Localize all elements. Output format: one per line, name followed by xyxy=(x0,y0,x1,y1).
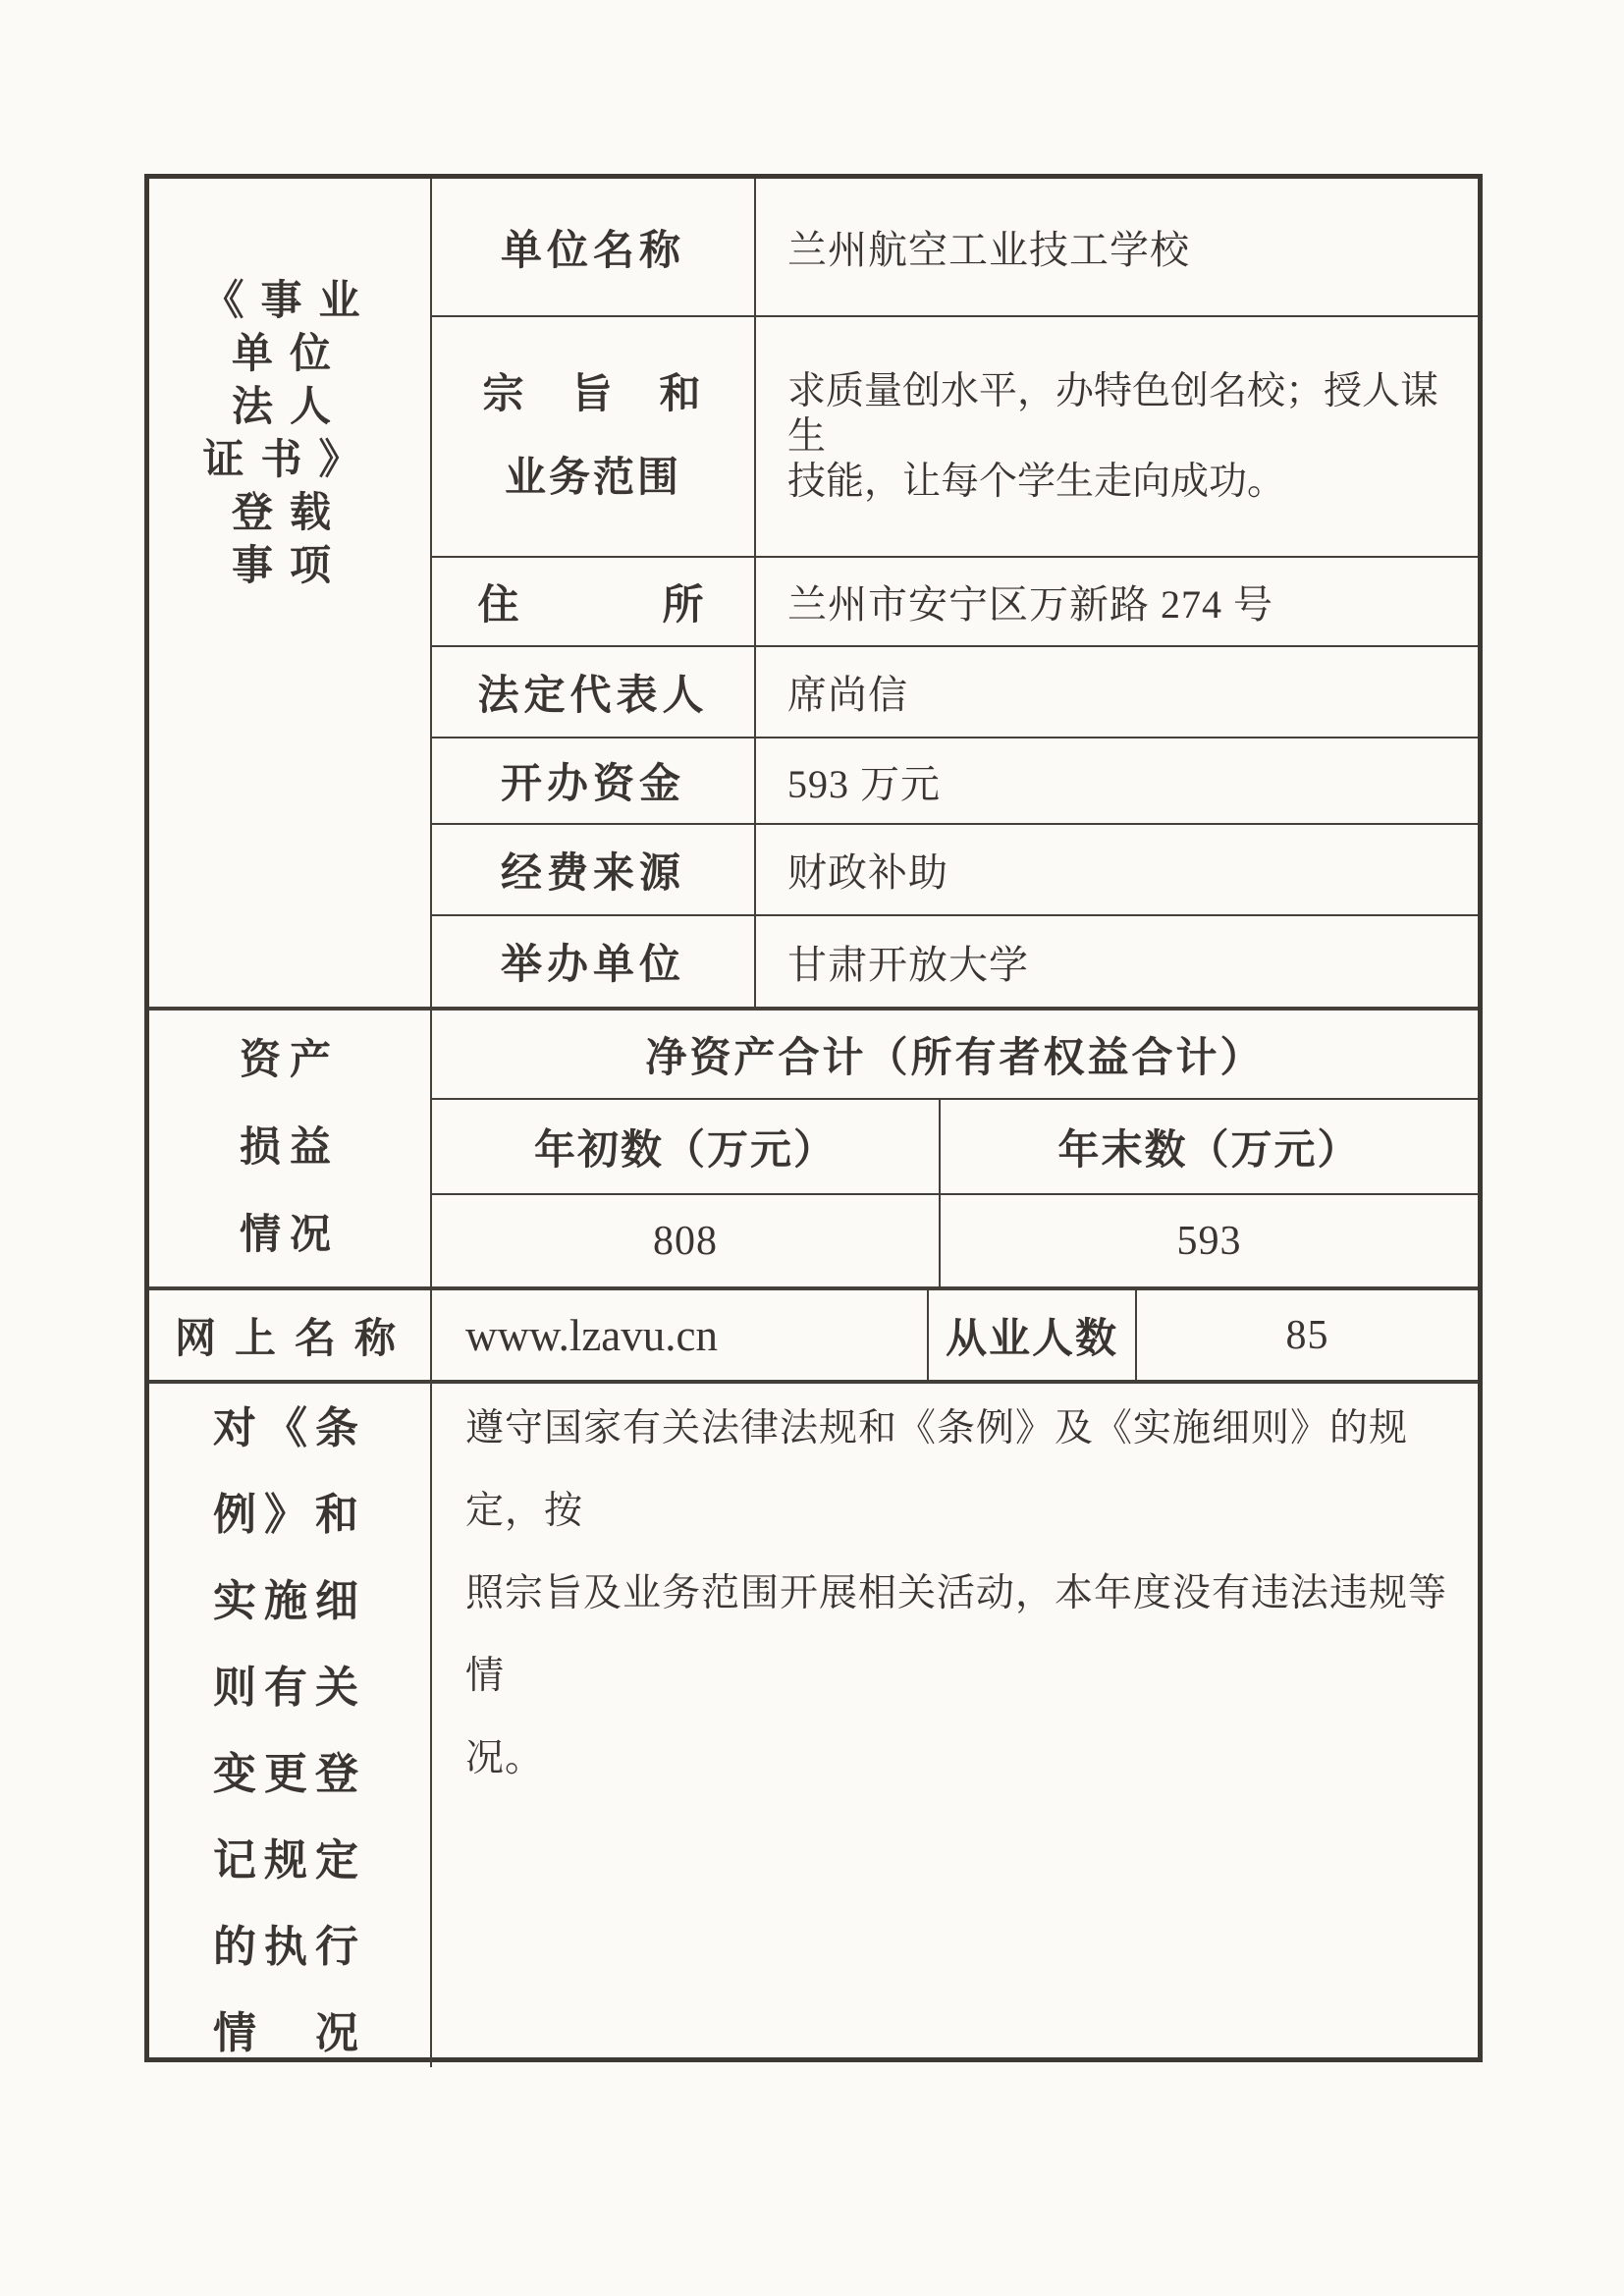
field-value-purpose-scope: 求质量创水平，办特色创名校；授人谋生 技能，让每个学生走向成功。 xyxy=(756,317,1478,558)
year-start-header: 年初数（万元） xyxy=(432,1100,941,1195)
staff-count-label: 从业人数 xyxy=(929,1290,1137,1380)
field-value-organizer: 甘肃开放大学 xyxy=(756,916,1478,1007)
compliance-statement: 遵守国家有关法律法规和《条例》及《实施细则》的规定，按 照宗旨及业务范围开展相关… xyxy=(432,1384,1478,2067)
section-compliance: 对《条 例》和 实施细 则有关 变更登 记规定 的执行 情 况 遵守国家有关法律… xyxy=(149,1380,1478,2067)
field-label-address: 住 所 xyxy=(432,558,756,647)
field-label-purpose-scope: 宗 旨 和 业务范围 xyxy=(432,317,756,558)
section-online-name: 网上名称 www.lzavu.cn 从业人数 85 xyxy=(149,1286,1478,1380)
net-assets-header: 净资产合计（所有者权益合计） xyxy=(432,1011,1478,1100)
year-end-header: 年末数（万元） xyxy=(941,1100,1478,1195)
field-value-funding-source: 财政补助 xyxy=(756,825,1478,916)
staff-count-value: 85 xyxy=(1137,1290,1478,1380)
scanned-report-page: 《事业 单位 法人 证书》 登载 事项 单位名称 兰州航空工业技工学校 宗 旨 … xyxy=(0,0,1624,2296)
field-label-opening-fund: 开办资金 xyxy=(432,738,756,825)
year-end-value: 593 xyxy=(941,1195,1478,1286)
section-assets: 资产 损益 情况 净资产合计（所有者权益合计） 年初数（万元） 年末数（万元） … xyxy=(149,1007,1478,1286)
year-start-value: 808 xyxy=(432,1195,941,1286)
assets-side-label: 资产 损益 情况 xyxy=(149,1011,432,1286)
field-value-opening-fund: 593 万元 xyxy=(756,738,1478,825)
field-label-funding-source: 经费来源 xyxy=(432,825,756,916)
online-name-value: www.lzavu.cn xyxy=(432,1290,929,1380)
field-value-legal-representative: 席尚信 xyxy=(756,647,1478,738)
field-label-unit-name: 单位名称 xyxy=(432,179,756,317)
online-name-label: 网上名称 xyxy=(149,1290,432,1380)
compliance-side-label: 对《条 例》和 实施细 则有关 变更登 记规定 的执行 情 况 xyxy=(149,1384,432,2067)
field-value-address: 兰州市安宁区万新路 274 号 xyxy=(756,558,1478,647)
field-value-unit-name: 兰州航空工业技工学校 xyxy=(756,179,1478,317)
field-label-organizer: 举办单位 xyxy=(432,916,756,1007)
registration-table: 《事业 单位 法人 证书》 登载 事项 单位名称 兰州航空工业技工学校 宗 旨 … xyxy=(144,174,1483,2062)
section-certificate-items: 《事业 单位 法人 证书》 登载 事项 单位名称 兰州航空工业技工学校 宗 旨 … xyxy=(149,179,1478,1007)
certificate-side-label: 《事业 单位 法人 证书》 登载 事项 xyxy=(149,179,432,1007)
field-label-legal-representative: 法定代表人 xyxy=(432,647,756,738)
